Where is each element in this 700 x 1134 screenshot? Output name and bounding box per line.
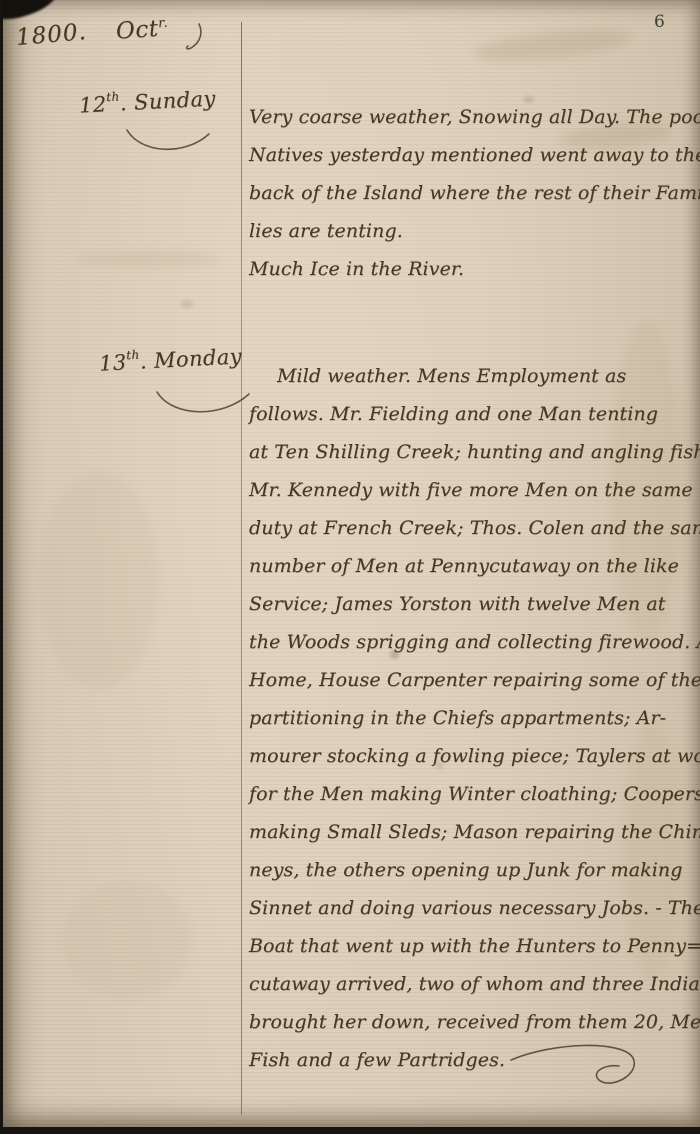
entry-text: Mild weather. Mens Employment asfollows.…	[249, 357, 700, 1079]
text-line: neys, the others opening up Junk for mak…	[249, 851, 700, 889]
text-line: cutaway arrived, two of whom and three I…	[249, 965, 700, 1003]
date-swash	[153, 388, 253, 420]
text-line: the Woods sprigging and collecting firew…	[249, 623, 700, 661]
column-divider-rule	[241, 22, 242, 1115]
bleedthrough-mark	[73, 252, 223, 266]
entry-day-suffix: th	[126, 348, 140, 363]
bleedthrough-mark	[472, 24, 634, 67]
text-line: lies are tenting.	[249, 212, 700, 250]
month-flourish	[179, 22, 205, 52]
text-line: partitioning in the Chiefs appartments; …	[249, 699, 700, 737]
entry-day-period: .	[119, 91, 127, 115]
bleedthrough-mark	[39, 470, 159, 690]
text-line: at Ten Shilling Creek; hunting and angli…	[249, 433, 700, 471]
text-line: for the Men making Winter cloathing; Coo…	[249, 775, 700, 813]
text-line: Mild weather. Mens Employment as	[249, 357, 700, 395]
header-month-abbrev: Oct	[115, 16, 159, 45]
entry-text: Very coarse weather, Snowing all Day. Th…	[249, 98, 700, 288]
entry-date: 13th. Monday	[98, 344, 242, 375]
date-swash	[123, 128, 213, 158]
text-line: Much Ice in the River.	[249, 250, 700, 288]
page-corner-shadow	[3, 0, 62, 24]
text-line: Home, House Carpenter repairing some of …	[249, 661, 700, 699]
header-month-superscript: r.	[158, 16, 169, 32]
text-line: Sinnet and doing various necessary Jobs.…	[249, 889, 700, 927]
page-number: 6	[654, 12, 665, 32]
entry-day: 12	[78, 92, 107, 117]
entry-weekday: Monday	[153, 344, 242, 373]
text-line: Very coarse weather, Snowing all Day. Th…	[249, 98, 700, 136]
text-line: Boat that went up with the Hunters to Pe…	[249, 927, 700, 965]
entry-day: 13	[98, 350, 127, 375]
text-line: mourer stocking a fowling piece; Taylers…	[249, 737, 700, 775]
text-line: back of the Island where the rest of the…	[249, 174, 700, 212]
entry-weekday: Sunday	[133, 86, 216, 114]
text-line: Natives yesterday mentioned went away to…	[249, 136, 700, 174]
header-month: Octr.	[115, 15, 169, 45]
paper-stain	[181, 300, 193, 308]
bleedthrough-mark	[63, 880, 193, 1000]
header-year: 1800.	[15, 19, 88, 51]
entry-day-suffix: th	[106, 89, 120, 104]
entry-day-period: .	[139, 349, 147, 373]
text-line: Mr. Kennedy with five more Men on the sa…	[249, 471, 700, 509]
text-line: follows. Mr. Fielding and one Man tentin…	[249, 395, 700, 433]
end-flourish	[503, 1038, 663, 1098]
manuscript-page: 6 1800. Octr. 12th. Sunday Very coarse w…	[3, 0, 700, 1127]
text-line: number of Men at Pennycutaway on the lik…	[249, 547, 700, 585]
text-line: brought her down, received from them 20,…	[249, 1003, 700, 1041]
text-line: making Small Sleds; Mason repairing the …	[249, 813, 700, 851]
text-line: duty at French Creek; Thos. Colen and th…	[249, 509, 700, 547]
text-line: Service; James Yorston with twelve Men a…	[249, 585, 700, 623]
entry-date: 12th. Sunday	[78, 86, 216, 117]
